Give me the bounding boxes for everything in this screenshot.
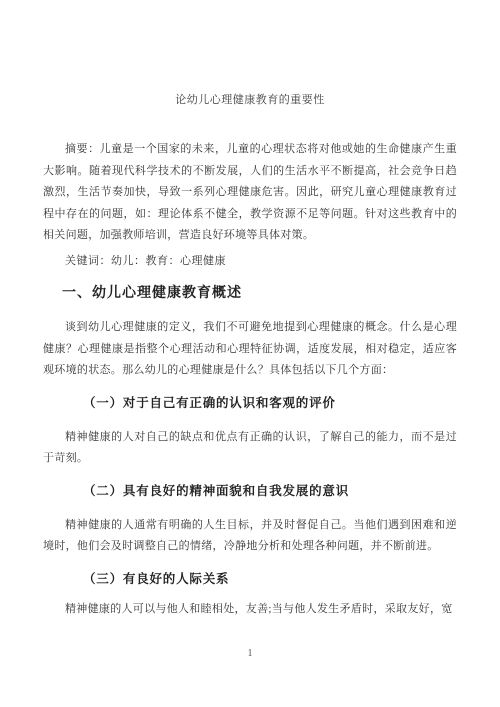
subsection-body-3: 精神健康的人可以与他人和睦相处，友善;当与他人发生矛盾时，采取友好，宽 — [43, 599, 457, 621]
document-page: 论幼儿心理健康教育的重要性 摘要：儿童是一个国家的未来，儿童的心理状态将对他或她… — [0, 0, 500, 707]
section-body-1: 谈到幼儿心理健康的定义，我们不可避免地提到心理健康的概念。什么是心理健康？心理健… — [43, 317, 457, 382]
abstract-paragraph: 摘要：儿童是一个国家的未来，儿童的心理状态将对他或她的生命健康产生重大影响。随着… — [43, 139, 457, 247]
document-title: 论幼儿心理健康教育的重要性 — [43, 93, 457, 107]
subsection-heading-3: （三）有良好的人际关系 — [83, 572, 457, 587]
subsection-heading-1: （一）对于自己有正确的认识和客观的评价 — [83, 396, 457, 411]
subsection-body-1: 精神健康的人对自己的缺点和优点有正确的认识，了解自己的能力，而不是过于苛刻。 — [43, 427, 457, 470]
section-heading-1: 一、幼儿心理健康教育概述 — [62, 284, 457, 300]
subsection-heading-2: （二）具有良好的精神面貌和自我发展的意识 — [83, 484, 457, 499]
subsection-body-2: 精神健康的人通常有明确的人生目标，并及时督促自己。当他们遇到困难和逆境时，他们会… — [43, 515, 457, 558]
page-number: 1 — [0, 648, 500, 659]
keywords-line: 关键词：幼儿：教育：心理健康 — [43, 251, 457, 273]
